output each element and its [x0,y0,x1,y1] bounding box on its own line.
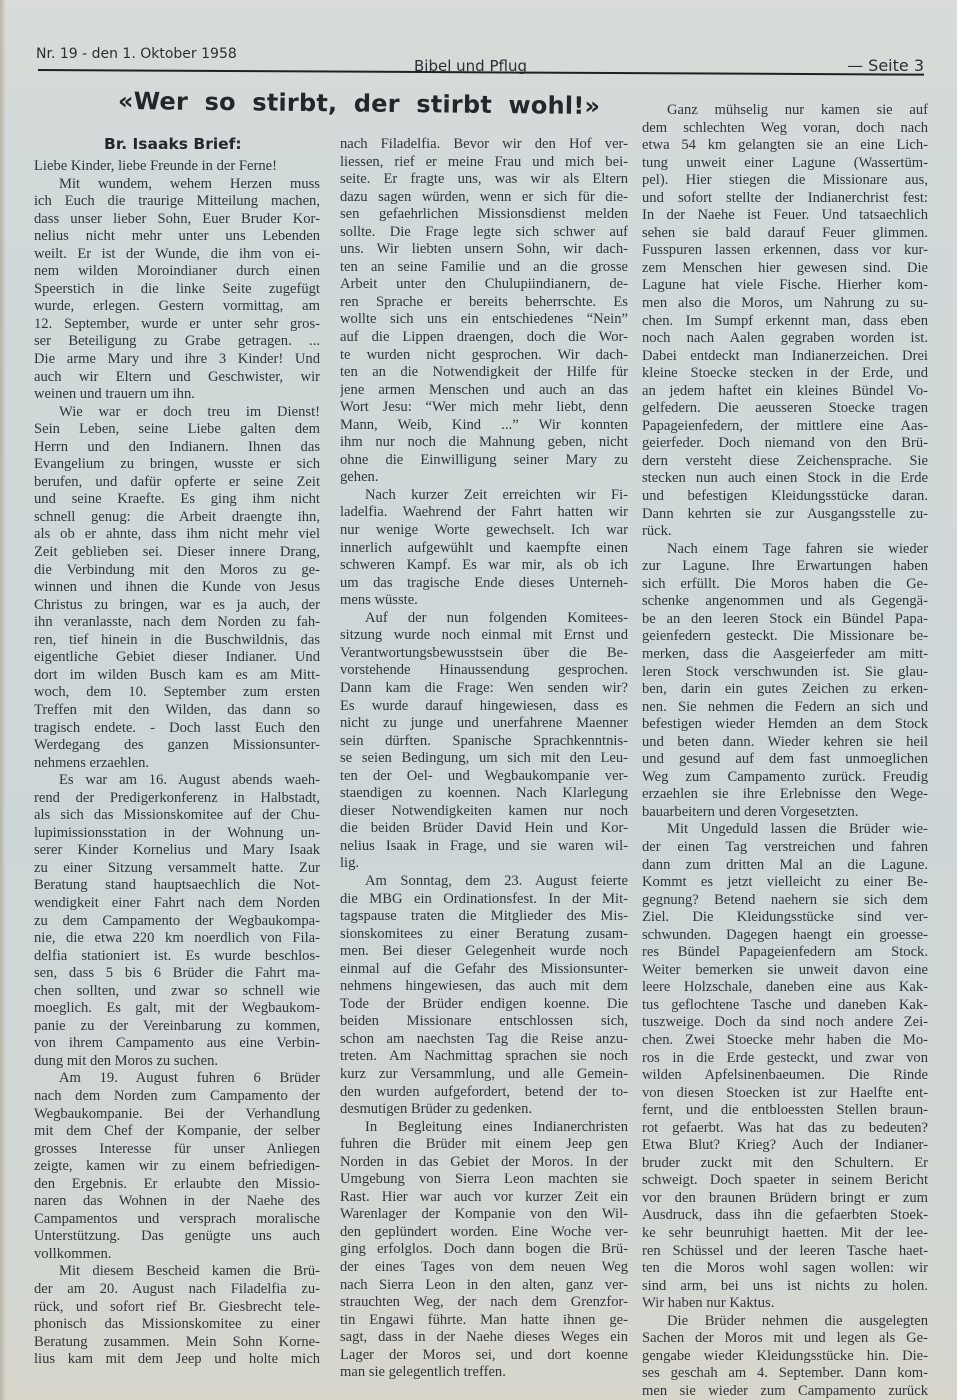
text-line: weinen und trauern um ihn. [34,386,320,404]
text-line: dern versteht diese Zeichensprache. Sie [642,453,928,471]
text-line: dann zum dritten Mal an die Lagune. [642,857,928,875]
text-line: be an den leeren Stock ein Bündel Papa- [642,611,928,629]
text-line: sich erfüllt. Die Moros haben die Ge- [642,576,928,594]
text-line: Zeit geblieben sei. Dieser innere Drang, [34,544,320,562]
text-line: men also die Moros, um Nahrung zu su- [642,295,928,313]
text-line: um das tragische Ende dieses Unterneh- [340,575,628,593]
text-line: vorstehende Hinaussendung gesprochen. [340,662,628,680]
text-line: wollte sich uns ein entschiedenes “Nein” [340,311,628,329]
text-line: rot gefaerbt. Was hat das zu bedeuten? [642,1120,928,1138]
text-line: strauchten Weg, der nach dem Grenzfor- [340,1294,628,1312]
text-line: te wurden nicht gesprochen. Wir dach- [340,347,628,365]
text-line: dass unser lieber Sohn, Euer Bruder Kor- [34,211,320,229]
text-line: Es wurde darauf hingewiesen, dass es [340,698,628,716]
text-line: wendigkeit einer Fahrt nach dem Norden [34,895,320,913]
text-line: Wegbaukompanie. Bei der Verhandlung [34,1106,320,1124]
text-line: kurz zur Versammlung, und alle Gemein- [340,1066,628,1084]
text-line: von ihrem Campamento aus eine Verbin- [34,1035,320,1053]
text-line: sehen sie bald darauf Feuer glimmen. [642,225,928,243]
text-line: ren Schüssel und der leeren Tasche haet- [642,1243,928,1261]
text-line: Evangelium zu bringen, wusste er sich [34,456,320,474]
text-line: dort im wilden Busch kam es am Mitt- [34,667,320,685]
text-line: Werdegang des ganzen Missionsunter- [34,737,320,755]
text-line: schwunden. Dagegen haengt ein groesse- [642,927,928,945]
text-line: Die arme Mary und ihre 3 Kinder! Und [34,351,320,369]
text-line: Umgebung von Sierra Leon machten sie [340,1171,628,1189]
text-line: staendigen zu koennen. Nach Klarlegung [340,785,628,803]
text-line: ren Sprache er bereits beherrschte. Es [340,294,628,312]
text-line: dazu sagen würden, wenn er sich für die- [340,189,628,207]
text-line: liessen, rief er meine Frau und mich bei… [340,154,628,172]
text-line: men. Bei dieser Gelegenheit wurde noch [340,943,628,961]
text-line: vollkommen. [34,1246,320,1264]
text-line: nie, die etwa 220 km noerdlich von Fila- [34,930,320,948]
text-line: tragisch endete. - Doch lasst Euch den [34,720,320,738]
newspaper-page: Nr. 19 - den 1. Oktober 1958 Bibel und P… [0,0,957,1400]
text-line: merken, dass die Aasgeierfeder am mitt- [642,646,928,664]
text-line: ke sehr beunruhigt haetten. Mit der lee- [642,1225,928,1243]
text-line: den Ergebnis. Er erlaubte den Missio- [34,1176,320,1194]
text-line: lupimissionsstation in der Wohnung un- [34,825,320,843]
text-line: gengabe wieder Kleidungsstücke hin. Die- [642,1348,928,1366]
text-line: Die Brüder nehmen die ausgelegten [642,1313,928,1331]
text-line: den geplündert worden. Eine Woche ver- [340,1224,628,1242]
text-line: delfia stationiert ist. Es wurde beschlo… [34,948,320,966]
text-line: den wurden aufgefordert, betend der to- [340,1084,628,1102]
text-line: ten an seine Familie und an die grosse [340,259,628,277]
text-line: leere Holzschale, daneben eine aus Kak- [642,979,928,997]
issue-date: Nr. 19 - den 1. Oktober 1958 [36,46,237,62]
text-line: treten. Am Nachmittag sprachen sie noch [340,1048,628,1066]
text-line: 12. September, wurde er unter sehr gros- [34,316,320,334]
text-line: ben, darin ein gutes Zeichen zu erken- [642,681,928,699]
text-line: nicht zu junge und unerfahrene Maenner [340,715,628,733]
text-line: Herrn und den Indianern. Ihnen das [34,439,320,457]
text-line: lius kam mit dem Jeep und holte mich [34,1351,320,1369]
text-line: Nach kurzer Zeit erreichten wir Fi- [340,487,628,505]
text-line: bruder zuckt mit den Schultern. Er [642,1155,928,1173]
text-line: moeglich. Es galt, mit der Wegbaukom- [34,1000,320,1018]
text-line: Auf der nun folgenden Komitees- [340,610,628,628]
text-line: nehmens hingewiesen, das auch mit dem [340,978,628,996]
text-line: panie zu der Vereinbarung zu kommen, [34,1018,320,1036]
text-line: die beiden Brüder David Hein und Kor- [340,820,628,838]
text-line: jene armen Menschen und auch an das [340,382,628,400]
text-line: Dann kehrten sie zur Ausgangsstelle zu- [642,506,928,524]
text-line: ihn veranlasste, nach dem Norden zu fah- [34,614,320,632]
text-line: dieser Notwendigkeiten kamen nur noch [340,803,628,821]
text-line: der am 20. August nach Filadelfia zu- [34,1281,320,1299]
text-column-2: nach Filadelfia. Bevor wir den Hof ver-l… [340,136,628,1382]
text-line: sionskomitees zu einer Beratung zusam- [340,926,628,944]
text-line: Am 19. August fuhren 6 Brüder [34,1070,320,1088]
text-line: ses geschah am 4. September. Dann kom- [642,1365,928,1383]
text-line: ich Euch die traurige Mitteilung machen, [34,193,320,211]
text-line: gelfedern. Die aeusseren Stoecke tragen [642,400,928,418]
text-line: chen. Zwei Stoecke mehr haben die Mo- [642,1032,928,1050]
text-line: zu dem Campamento der Wegbaukompa- [34,913,320,931]
text-line: rend der Predigerkonferenz in Halbstadt, [34,790,320,808]
text-line: tagspause traten die Mitglieder des Mis- [340,908,628,926]
text-line: als ob er ahnte, dass ihm nicht mehr vie… [34,526,320,544]
text-line: Kommt es jetzt vielleicht zu einer Be- [642,874,928,892]
text-line: schenke angenommen und als Gegengä- [642,593,928,611]
text-line: ladelfia. Waehrend der Fahrt hatten wir [340,504,628,522]
text-line: Treffen mit den Wilden, das dann so [34,702,320,720]
text-line: rück. [642,523,928,541]
text-line: fernt, und die entbloessten Stellen brau… [642,1102,928,1120]
text-line: naren das Wohnen in der Naehe des [34,1193,320,1211]
text-line: Sein Leben, seine Liebe galten dem [34,421,320,439]
text-line: Norden in das Gebiet der Moros. In der [340,1154,628,1172]
text-line: sollte. Die Frage legte sich schwer auf [340,224,628,242]
text-line: der eines Tages von dem neuen Weg [340,1259,628,1277]
text-line: tuszweige. Doch da sind noch andere Zei- [642,1014,928,1032]
text-line: Ausdruck, dass ihn die gefaerbten Stoek- [642,1207,928,1225]
text-line: pel). Hier stiegen die Missionare aus, [642,172,928,190]
article-title: «Wer so stirbt, der stirbt wohl!» [118,87,600,120]
text-line: Sachen der Moros mit und legen als Ge- [642,1330,928,1348]
text-line: zu einer Sitzung versammelt hatte. Zur [34,860,320,878]
text-line: sen gefaehrlichen Missionsdienst melden [340,206,628,224]
text-line: sitzung wurde noch einmal mit Ernst und [340,627,628,645]
text-line: zur Lagune. Ihre Erwartungen haben [642,558,928,576]
text-line: und gesund auf dem fast unmoeglichen [642,751,928,769]
text-line: leren Stock verschwunden ist. Sie glau- [642,664,928,682]
text-line: tus geflochtene Tasche und daneben Kak- [642,997,928,1015]
text-line: Arbeit unter den Chulupiindianern, de- [340,276,628,294]
text-line: wilden Apfelsinenbaeumen. Die Rinde [642,1067,928,1085]
page-number: — Seite 3 [847,56,924,75]
text-line: gehen. [340,469,628,487]
text-line: Dabei entdeckt man Indianerzeichen. Drei [642,348,928,366]
text-line: Tode der Brüder endigen koenne. Die [340,996,628,1014]
text-line: Es war am 16. August abends waeh- [34,772,320,790]
text-line: stecken nun auch einen Stock in die Erde [642,470,928,488]
text-line: nem wilden Moroindianer durch einen [34,263,320,281]
text-line: ros in die Erde gesteckt, und zwar von [642,1050,928,1068]
text-line: kleine Stoecke stecken in der Erde, und [642,365,928,383]
text-line: Warenlager der Kompanie von den Wil- [340,1206,628,1224]
text-line: zeigte, kamen wir zu einem befriedigen- [34,1158,320,1176]
text-line: auf die Lippen draengen, doch die Wor- [340,329,628,347]
text-line: ging erfolglos. Doch dann bogen die Brü- [340,1241,628,1259]
text-line: Mann, Weib, Kind ...” Wir konnten [340,417,628,435]
text-line: sein dürften. Spanische Sprachkenntnis- [340,733,628,751]
text-line: Mit diesem Bescheid kamen die Brü- [34,1263,320,1281]
text-line: Unterstützung. Das genügte uns auch [34,1228,320,1246]
text-line: res Bündel Papageienfedern am Stock. [642,944,928,962]
text-line: vor den braunen Brüdern bringt er zum [642,1190,928,1208]
text-line: der einen Tag verstreichen und fahren [642,839,928,857]
text-line: und seine Kraefte. Es ging ihm nicht [34,491,320,509]
text-line: schweigt. Doch spaeter in seinem Bericht [642,1172,928,1190]
text-line: noch nach Aalen gegraben worden ist. [642,330,928,348]
text-line: nelius Isaak in Frage, und sie waren wil… [340,838,628,856]
text-line: Verantwortungsbewusstsein über die Be- [340,645,628,663]
text-line: weilt. Er ist der Wunde, die ihm von ei- [34,246,320,264]
text-line: lig. [340,855,628,873]
text-line: schweren Kampf. Es war mir, als ob ich [340,557,628,575]
text-line: ten an die Notwendigkeit der Hilfe für [340,364,628,382]
text-line: schnell genug: die Arbeit draengte ihn, [34,509,320,527]
text-line: Speerstich in die linke Seite zugefügt [34,281,320,299]
text-line: Lager der Moros sei, und dort koenne [340,1347,628,1365]
text-line: innerlich aufgewühlt und kaempfte einen [340,540,628,558]
text-line: Nach einem Tage fahren sie wieder [642,541,928,559]
text-line: Wir haben nur Kaktus. [642,1295,928,1313]
text-line: chen. Im Sumpf erkennt man, dass eben [642,313,928,331]
text-line: nach Sierra Leon in den alten, ganz ver- [340,1277,628,1295]
text-line: man sie gelegentlich treffen. [340,1364,628,1382]
text-line: berufen, und dafür opferte er seine Zeit [34,474,320,492]
text-line: zem Menschen hier gewesen sind. Die [642,260,928,278]
text-line: die Verbindung mit den Moros zu ge- [34,562,320,580]
text-line: an jedem haftet ein kleines Bündel Vo- [642,383,928,401]
text-line: Christus zu bringen, war es ja auch, der [34,597,320,615]
text-line: und beten dann. Wieder kehren sie heil [642,734,928,752]
text-line: Beratung zusammen. Mein Sohn Korne- [34,1334,320,1352]
text-line: schon am naechsten Tag die Reise anzu- [340,1031,628,1049]
text-line: serer Kinder Kornelius und Mary Isaak [34,842,320,860]
text-line: eigentliche Gebiet dieser Indianer. Und [34,649,320,667]
text-line: Dann kam die Frage: Wen senden wir? [340,680,628,698]
text-line: beiden Missionare entschlossen sich, [340,1013,628,1031]
text-line: In der Naehe ist Feuer. Und tatsaechlich [642,207,928,225]
text-line: geierfeder. Doch niemand von den Brü- [642,435,928,453]
text-line: tin Engawi führte. Man hatte ihnen ge- [340,1312,628,1330]
text-line: nelius nicht mehr unter uns Lebenden [34,228,320,246]
text-line: Campamentos und versprach moralische [34,1211,320,1229]
text-line: ten die Moros wohl sagen wollen: wir [642,1260,928,1278]
text-line: nach dem Norden zum Campamento der [34,1088,320,1106]
text-line: Am Sonntag, dem 23. August feierte [340,873,628,891]
text-line: von diesen Stoecken ist zur Haelfte ent- [642,1085,928,1103]
text-line: die MBG ein Ordinationsfest. In der Mit- [340,891,628,909]
page-binding-edge [0,0,6,1400]
text-line: tung unweit einer Lagune (Wassertüm- [642,155,928,173]
text-line: etwa 54 km gelangten sie an eine Lich- [642,137,928,155]
text-line: Ziel. Die Kleidungsstücke sind ver- [642,909,928,927]
text-line: Mit wundem, wehem Herzen muss [34,176,320,194]
text-line: dung mit den Moros zu suchen. [34,1053,320,1071]
text-line: dem schlechten Weg voran, doch nach [642,120,928,138]
text-line: Ganz mühselig nur kamen sie auf [642,102,928,120]
text-line: desmutigen Brüder zu gedenken. [340,1101,628,1119]
text-column-3: Ganz mühselig nur kamen sie aufdem schle… [642,102,928,1400]
text-line: mit dem Chef der Kompanie, der selber [34,1123,320,1141]
text-line: Weiter bemerken sie unweit davon eine [642,962,928,980]
text-line: Weg zum Campamento zurück. Freudig [642,769,928,787]
text-line: Beratung stand hauptsaechlich die Not- [34,877,320,895]
text-line: ren, tief hinein in die Buschwildnis, da… [34,632,320,650]
text-line: sagt, dass in der Naehe dieses Weges ein [340,1329,628,1347]
text-line: Wort Jesu: “Wer mich mehr liebt, denn [340,399,628,417]
text-line: grosses Interesse für unser Anliegen [34,1141,320,1159]
text-line: und befestigen Kleidungsstücke daran. [642,488,928,506]
text-line: chen sollten, und zwar so schnell wie [34,983,320,1001]
text-line: bauarbeitern und deren Vorgesetzten. [642,804,928,822]
article-subtitle: Br. Isaaks Brief: [104,135,242,153]
text-line: fuhren die Brüder mit einem Jeep gen [340,1136,628,1154]
text-line: rück, und sofort rief Br. Giesbrecht tel… [34,1299,320,1317]
text-line: woch, dem 10. September zum ersten [34,684,320,702]
text-line: nehmens erzaehlen. [34,755,320,773]
text-line: auch wir Eltern und Geschwister, wir [34,369,320,387]
text-line: nur wenige Worte gewechselt. Ich war [340,522,628,540]
text-line: ser Beteiligung zu Grabe getragen. ... [34,333,320,351]
text-line: erzaehlen sie ihre Erlebnisse den Wege- [642,786,928,804]
text-line: mens wüsste. [340,592,628,610]
text-line: Liebe Kinder, liebe Freunde in der Ferne… [34,158,320,176]
text-line: ihm nur noch die Mahnung geben, nicht [340,434,628,452]
text-line: und sofort stellte der Indianerchrist fe… [642,190,928,208]
text-line: einmal auf die Gefahr des Missionsunter- [340,961,628,979]
text-line: sen, dass 5 bis 6 Brüder die Fahrt ma- [34,965,320,983]
text-line: als sich das Missionskomitee auf der Chu… [34,807,320,825]
text-line: gegnung? Betend naehern sie sich dem [642,892,928,910]
text-line: Rast. Hier war auch vor kurzer Zeit ein [340,1189,628,1207]
text-line: Wie war er doch treu im Dienst! [34,404,320,422]
text-line: nen. Sie nehmen die Federn an sich und [642,699,928,717]
text-line: men sie wieder zum Campamento zurück [642,1383,928,1400]
text-line: phonisch das Missionskomitee zu einer [34,1316,320,1334]
text-line: befestigen wieder Hemden an dem Stock [642,716,928,734]
text-line: se seien Bedingung, um sich mit den Leu- [340,750,628,768]
text-line: In Begleitung eines Indianerchristen [340,1119,628,1137]
text-line: sind arm, bei uns ist nichts zu holen. [642,1278,928,1296]
text-line: Fusspuren lassen erkennen, dass vor kur- [642,242,928,260]
text-line: winnen und ihnen die Kunde von Jesus [34,579,320,597]
text-line: Mit Ungeduld lassen die Brüder wie- [642,821,928,839]
text-column-1: Liebe Kinder, liebe Freunde in der Ferne… [34,158,320,1369]
text-line: seite. Er fragte uns, was wir als Eltern [340,171,628,189]
text-line: geienfedern gesteckt. Die Missionare be- [642,628,928,646]
text-line: Etwa Blut? Krieg? Auch der Indianer- [642,1137,928,1155]
text-line: nach Filadelfia. Bevor wir den Hof ver- [340,136,628,154]
text-line: ohne die Einwilligung seiner Mary zu [340,452,628,470]
text-line: ten der Oel- und Wegbaukompanie ver- [340,768,628,786]
text-line: wurde, erlegen. Gestern vormittag, am [34,298,320,316]
text-line: uns. Wir liebten unsern Sohn, wir dach- [340,241,628,259]
text-line: Lagune hat viele Fische. Hierher kom- [642,277,928,295]
text-line: Papageienfedern, der mittlere eine Aas- [642,418,928,436]
